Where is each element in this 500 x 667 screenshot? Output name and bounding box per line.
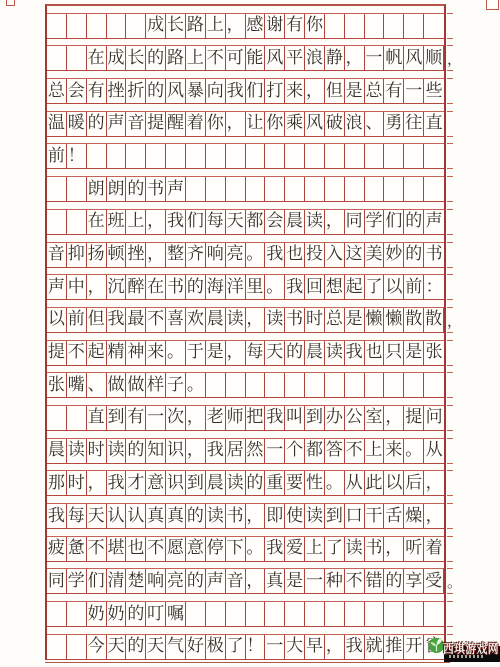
char-cell: 天 xyxy=(107,635,127,659)
char-cell xyxy=(404,144,424,168)
char-cell: 子 xyxy=(166,373,186,397)
char-cell: 路 xyxy=(166,46,186,70)
char-cell: 声 xyxy=(47,275,67,299)
char-cell: 往 xyxy=(404,112,424,136)
char-cell xyxy=(126,144,146,168)
grid-row: 提不起精神来。于是，每天的晨读我也只是张 xyxy=(47,340,444,366)
char-cell: 你 xyxy=(206,112,226,136)
char-cell: 从 xyxy=(424,439,444,463)
char-cell: 了 xyxy=(365,275,385,299)
char-cell xyxy=(384,144,404,168)
char-cell xyxy=(384,373,404,397)
char-cell xyxy=(206,144,226,168)
char-cell xyxy=(424,602,444,626)
grid-row: 在班上，我们每天都会晨读，同学们的声 xyxy=(47,209,444,235)
char-cell: 嘴 xyxy=(67,373,87,397)
grid-row: 朗朗的书声 xyxy=(47,176,444,202)
char-cell: 直 xyxy=(87,406,107,430)
char-cell: 我 xyxy=(345,341,365,365)
char-cell: 读 xyxy=(206,504,226,528)
char-cell: 不 xyxy=(345,439,365,463)
char-cell: 书 xyxy=(285,308,305,332)
char-cell: 亮 xyxy=(226,243,246,267)
char-cell: 的 xyxy=(126,635,146,659)
char-cell: 我 xyxy=(206,439,226,463)
char-cell: 到 xyxy=(186,471,206,495)
char-cell: 可 xyxy=(226,46,246,70)
char-cell xyxy=(424,177,444,201)
char-cell: 不 xyxy=(146,308,166,332)
char-cell: 种 xyxy=(325,569,345,593)
char-cell: 堪 xyxy=(107,537,127,561)
char-cell: 。 xyxy=(166,341,186,365)
char-cell xyxy=(345,602,365,626)
grid-row: 今天的天气好极了！一大早，我就推开窗 xyxy=(47,634,444,660)
char-cell: 提 xyxy=(146,112,166,136)
char-cell: 听 xyxy=(404,537,424,561)
char-cell xyxy=(365,144,385,168)
char-cell: ， xyxy=(305,79,325,103)
char-cell: 乘 xyxy=(285,112,305,136)
char-cell: 提 xyxy=(404,406,424,430)
char-cell xyxy=(265,602,285,626)
cropped-grid-box-top-left xyxy=(6,0,15,6)
char-cell: 长 xyxy=(166,14,186,38)
char-cell: 愿 xyxy=(166,537,186,561)
char-cell: 时 xyxy=(67,471,87,495)
char-cell: 一 xyxy=(146,406,166,430)
char-cell: ， xyxy=(226,112,246,136)
char-cell: 喜 xyxy=(166,308,186,332)
char-cell xyxy=(285,144,305,168)
char-cell: 着 xyxy=(186,112,206,136)
char-cell: 把 xyxy=(246,406,266,430)
char-cell: 洋 xyxy=(226,275,246,299)
char-cell: 我 xyxy=(285,275,305,299)
char-cell: 读 xyxy=(226,471,246,495)
char-cell: 师 xyxy=(226,406,246,430)
char-cell: 风 xyxy=(265,46,285,70)
char-cell: 我 xyxy=(107,471,127,495)
char-cell xyxy=(325,177,345,201)
char-cell: 朗 xyxy=(107,177,127,201)
char-cell: 疲 xyxy=(47,537,67,561)
char-cell: 你 xyxy=(265,112,285,136)
char-cell: 风 xyxy=(404,46,424,70)
char-cell: 我 xyxy=(265,406,285,430)
char-cell: 读 xyxy=(345,537,365,561)
char-cell: 温 xyxy=(47,112,67,136)
char-cell: 能 xyxy=(246,46,266,70)
char-cell: 会 xyxy=(265,210,285,234)
char-cell: 妙 xyxy=(384,243,404,267)
char-cell: 不 xyxy=(206,46,226,70)
char-cell: 室 xyxy=(365,406,385,430)
char-cell: 欢 xyxy=(186,308,206,332)
row-gap xyxy=(47,496,444,503)
char-cell xyxy=(365,602,385,626)
char-cell: 顺 xyxy=(424,46,444,70)
char-cell: 一 xyxy=(265,439,285,463)
char-cell: 书 xyxy=(424,243,444,267)
char-cell: 同 xyxy=(47,569,67,593)
char-cell: 前 xyxy=(67,308,87,332)
char-cell: 我 xyxy=(107,308,127,332)
char-cell: 个 xyxy=(285,439,305,463)
char-cell: 天 xyxy=(146,635,166,659)
char-cell: 于 xyxy=(186,341,206,365)
char-cell xyxy=(226,602,246,626)
char-cell: 们 xyxy=(87,569,107,593)
char-cell: 大 xyxy=(285,635,305,659)
grid-row: 前！ xyxy=(47,143,444,169)
char-cell: 、 xyxy=(365,112,385,136)
char-cell: ， xyxy=(246,569,266,593)
row-gap xyxy=(47,104,444,111)
char-cell: 勇 xyxy=(384,112,404,136)
char-cell: 。 xyxy=(186,373,206,397)
cropped-grid-box-top-right xyxy=(486,0,499,10)
char-cell: 后 xyxy=(404,471,424,495)
char-cell xyxy=(384,602,404,626)
char-cell: 在 xyxy=(87,210,107,234)
char-cell: 扬 xyxy=(87,243,107,267)
char-cell: 起 xyxy=(345,275,365,299)
char-cell: 音 xyxy=(226,569,246,593)
char-cell xyxy=(305,602,325,626)
char-cell: 只 xyxy=(384,341,404,365)
char-cell xyxy=(246,602,266,626)
char-cell xyxy=(226,144,246,168)
watermark-small-print xyxy=(449,655,483,658)
char-cell: 舌 xyxy=(384,504,404,528)
char-cell: 我 xyxy=(47,504,67,528)
char-cell: ： xyxy=(424,275,444,299)
char-cell xyxy=(404,14,424,38)
char-cell: 直 xyxy=(424,112,444,136)
char-cell: 谢 xyxy=(265,14,285,38)
char-cell xyxy=(365,373,385,397)
row-gap xyxy=(47,431,444,438)
char-cell: 抑 xyxy=(67,243,87,267)
char-cell: ， xyxy=(87,471,107,495)
char-cell: 的 xyxy=(126,177,146,201)
char-cell: 以 xyxy=(384,275,404,299)
char-cell: 样 xyxy=(146,373,166,397)
char-cell: 响 xyxy=(206,243,226,267)
char-cell: 就 xyxy=(365,635,385,659)
grid-row: 温暖的声音提醒着你，让你乘风破浪、勇往直 xyxy=(47,111,444,137)
char-cell xyxy=(325,144,345,168)
char-cell: 整 xyxy=(166,243,186,267)
grid-row: 我每天认认真真的读书，即使读到口干舌燥， xyxy=(47,503,444,529)
char-cell: 极 xyxy=(206,635,226,659)
char-cell: 们 xyxy=(384,210,404,234)
row-gap xyxy=(47,627,444,634)
char-cell: 挫 xyxy=(126,243,146,267)
char-cell: 晨 xyxy=(206,471,226,495)
char-cell: 即 xyxy=(265,504,285,528)
char-cell: ， xyxy=(226,14,246,38)
char-cell: 向 xyxy=(206,79,226,103)
char-cell: 到 xyxy=(107,406,127,430)
char-cell: 时 xyxy=(305,308,325,332)
char-cell: 一 xyxy=(404,79,424,103)
char-cell: 的 xyxy=(404,243,424,267)
char-cell: 的 xyxy=(146,46,166,70)
row-gap xyxy=(47,137,444,144)
char-cell: 享 xyxy=(404,569,424,593)
char-cell xyxy=(265,144,285,168)
char-cell: 都 xyxy=(246,210,266,234)
char-cell xyxy=(67,14,87,38)
char-cell: 帆 xyxy=(384,46,404,70)
char-cell: 要 xyxy=(285,471,305,495)
char-cell xyxy=(384,177,404,201)
char-cell: 来 xyxy=(285,79,305,103)
char-cell: 的 xyxy=(126,602,146,626)
row-gap xyxy=(47,169,444,176)
char-cell xyxy=(226,177,246,201)
row-gap xyxy=(47,300,444,307)
char-cell: 重 xyxy=(265,471,285,495)
char-cell: 真 xyxy=(166,504,186,528)
char-cell xyxy=(325,602,345,626)
char-cell xyxy=(67,406,87,430)
char-cell: 意 xyxy=(186,537,206,561)
char-cell: 是 xyxy=(345,308,365,332)
char-cell: 投 xyxy=(305,243,325,267)
char-cell: 破 xyxy=(325,112,345,136)
char-cell: 不 xyxy=(87,537,107,561)
char-cell: 居 xyxy=(226,439,246,463)
char-cell: 也 xyxy=(365,341,385,365)
char-cell: 总 xyxy=(365,79,385,103)
char-cell: 长 xyxy=(126,46,146,70)
char-cell: 回 xyxy=(305,275,325,299)
row-gap xyxy=(47,366,444,373)
char-cell: 次 xyxy=(166,406,186,430)
char-cell: 开 xyxy=(404,635,424,659)
char-cell: 。 xyxy=(246,243,266,267)
char-cell: 浪 xyxy=(345,112,365,136)
char-cell: 到 xyxy=(305,406,325,430)
char-cell: ， xyxy=(186,406,206,430)
char-cell: ！ xyxy=(67,144,87,168)
char-cell: ， xyxy=(146,210,166,234)
char-cell: 学 xyxy=(67,569,87,593)
char-cell xyxy=(67,210,87,234)
char-cell: 好 xyxy=(186,635,206,659)
char-cell: 每 xyxy=(246,341,266,365)
grid-row: 直到有一次，老师把我叫到办公室，提问 xyxy=(47,405,444,431)
char-cell: 此 xyxy=(365,471,385,495)
char-cell: 在 xyxy=(87,46,107,70)
char-cell: 以 xyxy=(47,308,67,332)
char-cell: 。 xyxy=(265,275,285,299)
char-cell: ， xyxy=(146,243,166,267)
char-cell: 今 xyxy=(87,635,107,659)
char-cell: 奶 xyxy=(107,602,127,626)
char-cell: 有 xyxy=(384,79,404,103)
char-cell: 口 xyxy=(345,504,365,528)
char-cell: 叮 xyxy=(146,602,166,626)
char-cell: ！ xyxy=(246,635,266,659)
char-cell: 读 xyxy=(325,341,345,365)
char-cell: 识 xyxy=(166,471,186,495)
char-cell: 同 xyxy=(345,210,365,234)
char-cell: ， xyxy=(384,537,404,561)
char-cell: 的 xyxy=(186,569,206,593)
char-cell: ， xyxy=(325,210,345,234)
char-cell: 海 xyxy=(206,275,226,299)
char-cell: 暖 xyxy=(67,112,87,136)
char-cell: 来 xyxy=(146,341,166,365)
char-cell: 你 xyxy=(305,14,325,38)
char-cell: 推 xyxy=(384,635,404,659)
row-gap xyxy=(47,268,444,275)
char-cell: 着 xyxy=(424,537,444,561)
char-cell: 会 xyxy=(67,79,87,103)
char-cell: 的 xyxy=(87,112,107,136)
char-cell: 张 xyxy=(424,341,444,365)
char-cell: 些 xyxy=(424,79,444,103)
char-cell xyxy=(186,602,206,626)
char-cell: 了 xyxy=(325,537,345,561)
char-cell: 不 xyxy=(67,341,87,365)
char-cell: 散 xyxy=(404,308,424,332)
grid-row: 成长路上，感谢有你 xyxy=(47,13,444,39)
char-cell: 暴 xyxy=(186,79,206,103)
char-cell: 时 xyxy=(87,439,107,463)
char-cell: 路 xyxy=(186,14,206,38)
char-cell xyxy=(67,602,87,626)
char-cell: ， xyxy=(226,341,246,365)
char-cell: 班 xyxy=(107,210,127,234)
char-cell: 我 xyxy=(345,635,365,659)
char-cell xyxy=(345,144,365,168)
char-cell: 读 xyxy=(305,210,325,234)
grid-row: 声中，沉醉在书的海洋里。我回想起了以前： xyxy=(47,274,444,300)
char-cell xyxy=(246,144,266,168)
char-cell xyxy=(285,373,305,397)
char-cell xyxy=(206,373,226,397)
char-cell xyxy=(87,144,107,168)
grid-row: 音抑扬顿挫，整齐响亮。我也投入这美妙的书 xyxy=(47,242,444,268)
char-cell: 奶 xyxy=(87,602,107,626)
photo-of-essay-page: 成长路上，感谢有你在成长的路上不可能风平浪静，一帆风顺，总会有挫折的风暴向我们打… xyxy=(0,0,500,667)
char-cell: 响 xyxy=(146,569,166,593)
char-cell xyxy=(226,373,246,397)
char-cell: 来 xyxy=(384,439,404,463)
char-cell: 真 xyxy=(265,569,285,593)
char-cell: 了 xyxy=(226,635,246,659)
char-cell: 每 xyxy=(67,504,87,528)
grid-row: 张嘴、做做样子。 xyxy=(47,372,444,398)
char-cell: 风 xyxy=(305,112,325,136)
char-cell: 天 xyxy=(87,504,107,528)
char-cell xyxy=(47,602,67,626)
outside-punctuation: ， xyxy=(447,310,463,331)
char-cell: 到 xyxy=(325,504,345,528)
char-cell: 认 xyxy=(107,504,127,528)
char-cell: 成 xyxy=(146,14,166,38)
grid-row: 奶奶的叮嘱 xyxy=(47,601,444,627)
char-cell: 楚 xyxy=(126,569,146,593)
char-cell: 亮 xyxy=(166,569,186,593)
char-cell: 但 xyxy=(87,308,107,332)
char-cell: 但 xyxy=(325,79,345,103)
char-cell: 也 xyxy=(126,537,146,561)
char-cell: 晨 xyxy=(206,308,226,332)
char-cell: 上 xyxy=(305,537,325,561)
char-cell: 学 xyxy=(365,210,385,234)
char-cell: 使 xyxy=(285,504,305,528)
char-cell: 性 xyxy=(305,471,325,495)
char-cell: 有 xyxy=(126,406,146,430)
bottom-rule xyxy=(45,662,450,663)
char-cell xyxy=(67,177,87,201)
char-cell xyxy=(107,14,127,38)
char-cell: 想 xyxy=(325,275,345,299)
char-cell: 做 xyxy=(126,373,146,397)
row-gap xyxy=(47,6,444,13)
char-cell xyxy=(87,14,107,38)
char-cell xyxy=(404,373,424,397)
char-cell: 读 xyxy=(305,504,325,528)
char-cell xyxy=(404,602,424,626)
char-cell: 在 xyxy=(146,275,166,299)
char-cell xyxy=(146,144,166,168)
char-cell: 音 xyxy=(47,243,67,267)
char-cell xyxy=(424,373,444,397)
char-cell: 认 xyxy=(126,504,146,528)
char-cell: 声 xyxy=(424,210,444,234)
outside-punctuation: ， xyxy=(447,48,463,69)
char-cell xyxy=(265,373,285,397)
row-gap xyxy=(47,562,444,569)
row-gap xyxy=(47,594,444,601)
char-cell: 顿 xyxy=(107,243,127,267)
char-cell: 前 xyxy=(47,144,67,168)
char-cell xyxy=(67,46,87,70)
char-cell: 那 xyxy=(47,471,67,495)
char-cell: 打 xyxy=(265,79,285,103)
char-cell xyxy=(305,144,325,168)
char-cell xyxy=(265,177,285,201)
char-cell xyxy=(47,210,67,234)
char-cell xyxy=(325,373,345,397)
grid-row: 在成长的路上不可能风平浪静，一帆风顺， xyxy=(47,45,444,71)
char-cell: 问 xyxy=(424,406,444,430)
char-cell: 燥 xyxy=(404,504,424,528)
row-gap xyxy=(47,235,444,242)
char-cell: 上 xyxy=(126,210,146,234)
char-cell: 提 xyxy=(47,341,67,365)
char-cell: 下 xyxy=(226,537,246,561)
char-cell: 的 xyxy=(126,439,146,463)
char-cell: 总 xyxy=(47,79,67,103)
char-cell: 早 xyxy=(305,635,325,659)
char-cell: 声 xyxy=(107,112,127,136)
row-gap xyxy=(47,398,444,405)
row-gap xyxy=(47,529,444,536)
char-cell: 公 xyxy=(345,406,365,430)
char-cell: 读 xyxy=(107,439,127,463)
char-cell: ， xyxy=(424,471,444,495)
char-cell: 的 xyxy=(186,504,206,528)
char-cell: ， xyxy=(246,504,266,528)
